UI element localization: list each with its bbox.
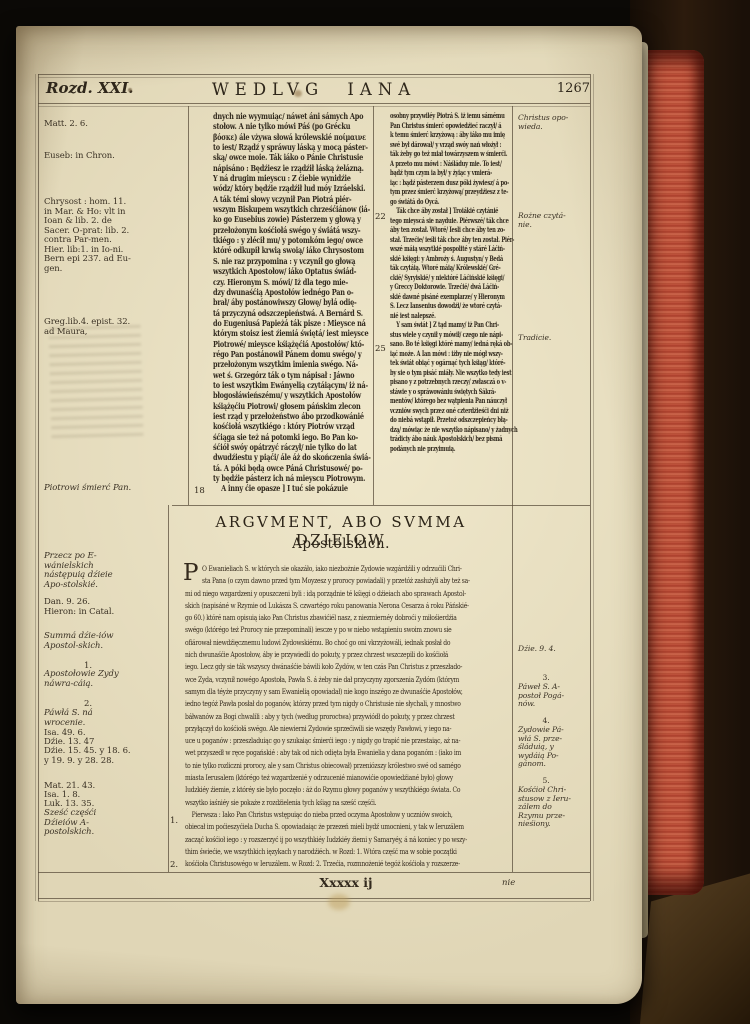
signature-mark: Xxxxx ij [276, 875, 416, 890]
text-line: iąc : bądź pásterzem dusz póki żywiesz/ … [390, 178, 472, 188]
margin-note: Zydowie Pá-włá S. prze-śláduią, y wydáią… [518, 726, 574, 769]
margin-note: Rożne czytá-nie. [518, 212, 574, 229]
text-line: wszé máią wszytkié pospolité y stáré Láć… [390, 244, 472, 254]
text-line: ták czytáią. Wtoré máią/ Królewskié/ Gré… [390, 263, 472, 273]
left-text-column: dnych nie wyymuiąc/ náwet áni sámych Apo… [213, 111, 373, 494]
text-line: vczniów swych przez oné czterdźieśći dni… [390, 406, 472, 416]
verse-number: 18 [194, 486, 205, 496]
margin-rule-top-left [188, 106, 189, 505]
text-line: którym stoisz iest źiemiá świętá/ iest m… [213, 328, 341, 338]
text-line: ty będźie pásterz ich ná mieyscu Piotrow… [213, 473, 341, 483]
margin-note: Páweł S. A-postoł Pogá-nów. [518, 683, 574, 709]
margin-note: Hieron: in Catal. [44, 608, 132, 618]
column-divider-rule [373, 106, 374, 505]
text-line: k temu śmierć krzyżową : áby iáko mu imi… [390, 130, 472, 140]
margin-note: Páwłá S. ná wrocenie. [44, 709, 132, 728]
text-line: do niebá wstąpił. Przetoż odszczepieńcy … [390, 415, 472, 425]
text-line: báłwanów za Bogi chwalili : aby y tych (… [185, 711, 466, 723]
text-line: kośćioła Christusowégo w Ieruzálem. w Ro… [185, 858, 466, 870]
text-line: nié iest nalepszé. [390, 311, 472, 321]
text-line: czy. Hieronym S. mówi/ Iż dla tego mie- [213, 277, 341, 287]
text-line: śćiąga sie też ná potomki iego. Bo Pan k… [213, 432, 341, 442]
paper-stain [328, 894, 350, 910]
text-line: to nie tylko rozliczni prorocy, ale y sa… [185, 760, 466, 772]
text-line: go 60.) któré nam opisuią iako Pan Chris… [185, 612, 466, 624]
text-line: trádiciy ábo náuk Apostolskich/ bez pism… [390, 434, 472, 444]
margin-note: Kośćioł Chri-stusow z Ieru-zálem do Rzym… [518, 786, 574, 829]
margin-note: Sześć częśći Dźieiów A-postolskich. [44, 809, 132, 838]
text-line: A przeto mu mówi : Náśláduy mie. To iest… [390, 159, 472, 169]
text-line: obiecał im poćieszyćiela Ducha S. opowia… [185, 821, 466, 833]
catchword: nie [502, 878, 515, 888]
text-line: tkiégo : y zlécił mu/ y potomkóm iego/ o… [213, 235, 341, 245]
margin-note: Przecz po E-wánielskich nástępuią dźieie… [44, 552, 132, 590]
text-line: to iest wszytkim Ewányelią czytáiącym/ i… [213, 380, 341, 390]
frame-rule-right [590, 74, 591, 901]
text-line: swégo (którégo też Prorocy nie przepomin… [185, 624, 466, 636]
ink-bleed-through [49, 325, 144, 439]
paper-stain [128, 88, 132, 92]
text-line: śćiół swóy opátrzyć ráczył/ nie tylko do… [213, 442, 341, 452]
text-line: Ták chce áby został ] Troiákié czytánié [390, 206, 472, 216]
text-line: Pierwsza : Iako Pan Christus wstępuiąc d… [185, 809, 466, 821]
text-line: podánych nie przyimuią. [390, 444, 472, 454]
text-line: Y sam świát ] Z tąd mamy/ iż Pan Chri- [390, 320, 472, 330]
text-line: brał/ áby postánowiwszy Głowę/ bylá odię… [213, 297, 341, 307]
text-line: skié dawné pisáné exemplarze/ y Hieronym [390, 292, 472, 302]
text-line: miasta Ierusalem (którégo też wzgardzeni… [185, 772, 466, 784]
text-line: áby ten został. Wtoré/ Iesli chce áby te… [390, 225, 472, 235]
text-line: tá przyczyná odszczepieństwá. A Bernárd … [213, 308, 341, 318]
text-line: βόσκε) ále vżywa słowá królewskié ποίμαι… [213, 132, 341, 142]
margin-note: Dźie. 9. 4. [518, 645, 574, 654]
text-line: thim świećie, we wszythkich ięzykach y n… [185, 846, 466, 858]
text-line: iedno tegóż Pawła posłał do poganów, któ… [185, 698, 466, 710]
text-line: ską/ owce moie. Ták iáko o Pánie Christu… [213, 152, 341, 162]
text-line: A inny ćie opasze ] I tuć sie pokázuie [213, 483, 341, 493]
text-line: S. Lecz Iansenius dowodźi/ że wtoré czyt… [390, 301, 472, 311]
text-line: swé był dárował/ y vrząd swóy nań włożył… [390, 140, 472, 150]
text-line: ckié/ Syryiskié/ y niektóré Láćińskié kś… [390, 273, 472, 283]
verse-number: 22 [375, 212, 386, 222]
text-line: mentów/ którego bez wątpienia Pan náuczy… [390, 396, 472, 406]
text-line: wódz/ który będźie rządźił lud móy Izráe… [213, 183, 341, 193]
text-line: nich dwunaśćie Apostołow, áby ie przywie… [185, 649, 466, 661]
verse-number: 2. [170, 860, 178, 870]
text-line: iąć może. A Ian mówi : iżby nie mógł wsz… [390, 349, 472, 359]
text-line: ofiárował niewdźięcznemu ludowi Zydowski… [185, 637, 466, 649]
text-line: iest rząd y przełożeństwo ábo przodkowán… [213, 411, 341, 421]
text-line: A ták témi słowy vczynił Pan Piotrá piér… [213, 194, 341, 204]
text-line: samym dla téyże przyczyny y sam Ewanieli… [185, 686, 466, 698]
text-line: wszytkich Apostołow/ iáko Optatus świád- [213, 266, 341, 276]
margin-note: Apostołowie Zydy náwra-cáią. [44, 670, 132, 689]
text-line: skich (napisáné w Rzymie od Lukásza S. c… [185, 600, 466, 612]
text-line: tym przez śmierć krzyżową/ przeydźiesz z… [390, 187, 472, 197]
text-line: O Ewanieliach S. w których sie okazáło, … [185, 563, 466, 575]
text-line: go świátá do Oycá. [390, 197, 472, 207]
margin-note: Dźie. 15. 45. y 18. 6. y 19. 9. y 28. 28… [44, 747, 132, 766]
text-line: ko go Eusebius zowie) Pásterzem y głową … [213, 214, 341, 224]
text-line: wce Zyda, vczynił nowégo Apostoła, Pawła… [185, 674, 466, 686]
text-line: osobny przywiléy Piotrá S. iż iemu sámém… [390, 111, 472, 121]
verse-number: 25 [375, 344, 386, 354]
text-line: S. nie raz przypomina : y vczynił go gło… [213, 256, 341, 266]
frame-rule-left [38, 74, 39, 901]
text-line: do Eugeniusá Papieżá ták pisze : Mieysce… [213, 318, 341, 328]
book-page: Rozd. XXI. WEDLVG IANA 1267 Matt. 2. 6.E… [16, 26, 642, 1004]
left-margin-notes-argument: Przecz po E-wánielskich nástępuią dźieie… [44, 26, 132, 1004]
text-line: stołow. A nie tylko mówi Páś (po Grécku [213, 121, 341, 131]
right-margin-notes: Christus opo-wieda.Rożne czytá-nie.Tradi… [518, 26, 574, 1004]
text-line: nápisáno : Będźiesz ie rządźił láską żel… [213, 163, 341, 173]
argument-subheading: Apostolskich. [168, 536, 514, 552]
text-line: sano. Bo té kśięgi któré mamy/ iedná ręk… [390, 339, 472, 349]
text-line: wszytko iaśniéy sie pokaże z rozdźieleni… [185, 797, 466, 809]
book-binding [630, 0, 750, 1024]
text-line: tego mieyscá sie nayduie. Piérwszé/ ták … [390, 216, 472, 226]
text-line: przełożonym kośćiołá swégo y świátá wszy… [213, 225, 341, 235]
text-line: któré odkupił krwią swoią/ iáko Chrysost… [213, 245, 341, 255]
text-line: wszym Biskupem wszytkich chrześćiánow (i… [213, 204, 341, 214]
text-line: stáwie y o spráwowániu świętych Sákrá- [390, 387, 472, 397]
margin-rule-argument-left [168, 505, 169, 872]
text-line: sta Pana (o czym dawno przed tym Moyzesz… [185, 575, 466, 587]
text-line: błogosłáwieńszému/ y wszytkich Apostołów [213, 390, 341, 400]
text-line: kośćiołá wszytkiégo : który Piotrów vrzą… [213, 421, 341, 431]
text-line: mi od niego wzgardzeni y opuszczeni byli… [185, 588, 466, 600]
text-line: kśiążęćiu Piotrowi/ głosem páńskim zleco… [213, 401, 341, 411]
text-line: stał. Trzećie/ ieśli ták chce áby ten zo… [390, 235, 472, 245]
text-line: tá. A póki będą owce Páná Christusowé/ p… [213, 463, 341, 473]
right-text-column: osobny przywiléy Piotrá S. iż iemu sámém… [390, 111, 514, 453]
text-line: dzą/ mówiąc że nie wszytko nápisano/ y ż… [390, 425, 472, 435]
book-scan: Rozd. XXI. WEDLVG IANA 1267 Matt. 2. 6.E… [0, 0, 750, 1024]
text-line: dwudźiestu y piąći/ ále áż do skończenia… [213, 452, 341, 462]
text-line: wet ś. Grzegórz ták o tym nápisał : Jáwn… [213, 370, 341, 380]
text-line: régo Pan postánowił Pánem domu swégo/ y [213, 349, 341, 359]
text-line: Piotrowé/ mieysce kśiążęćiá Apostołów/ k… [213, 339, 341, 349]
text-line: Iudzkiéy źiemie, z któréy sie było poczę… [185, 784, 466, 796]
text-line: wet przyszedł w ręce pogańskié : aby tak… [185, 747, 466, 759]
text-line: Y ná drugim mieyscu : Z ćiebie wynidźie [213, 173, 341, 183]
text-line: dzy dwunaśćią Apostołów iednégo Pan o- [213, 287, 341, 297]
text-line: skié kśięgi: y Ambroży ś. Augustyn/ y Be… [390, 254, 472, 264]
margin-note: Summá dźie-iów Apostol-skich. [44, 632, 132, 651]
verse-number: 1. [170, 816, 178, 826]
margin-note: Christus opo-wieda. [518, 114, 574, 131]
argument-text-block: O Ewanieliach S. w których sie okazáło, … [185, 563, 515, 870]
book-fore-edge [644, 50, 704, 895]
text-line: y Greccy Doktorowie. Trzećié/ dwá Láćiń- [390, 282, 472, 292]
text-line: przełożonym wszytkim imienia swégo. Ná- [213, 359, 341, 369]
text-line: przyłączył do kośćiołá swégo. Ale niewie… [185, 723, 466, 735]
text-line: Pan Christus śmierć opowiedźieć raczył/ … [390, 121, 472, 131]
text-line: by sie o tym pisáć miáły. Nie wszytko te… [390, 368, 472, 378]
text-line: pisano y z potrzebnych rzeczy/ zwłasczá … [390, 377, 472, 387]
paper-stain [294, 90, 302, 97]
text-line: to iest/ Rządź y spráwuy láską y mocą pá… [213, 142, 341, 152]
text-line: uce u poganów : przeszladuiąc go y szuka… [185, 735, 466, 747]
text-line: zacząć kośćioł iego : y rozszerzyć ij po… [185, 834, 466, 846]
text-line: bądź tym czym ia był/ y żyiąc y vmierá- [390, 168, 472, 178]
frame-rule-right-outer [593, 74, 594, 901]
margin-note: Tradicie. [518, 334, 574, 343]
text-line: iego. Lecz gdy sie ták wszyscy dwánaśćie… [185, 661, 466, 673]
frame-rule-left-outer [35, 74, 36, 901]
text-line: tek świát obiąć y ogárnąć tych kśiąg/ kt… [390, 358, 472, 368]
text-line: ták żeby go też miał towárzyszem w śmier… [390, 149, 472, 159]
text-line: stus wiele y czynił y mówił/ czego nie n… [390, 330, 472, 340]
text-line: dnych nie wyymuiąc/ náwet áni sámych Apo [213, 111, 341, 121]
